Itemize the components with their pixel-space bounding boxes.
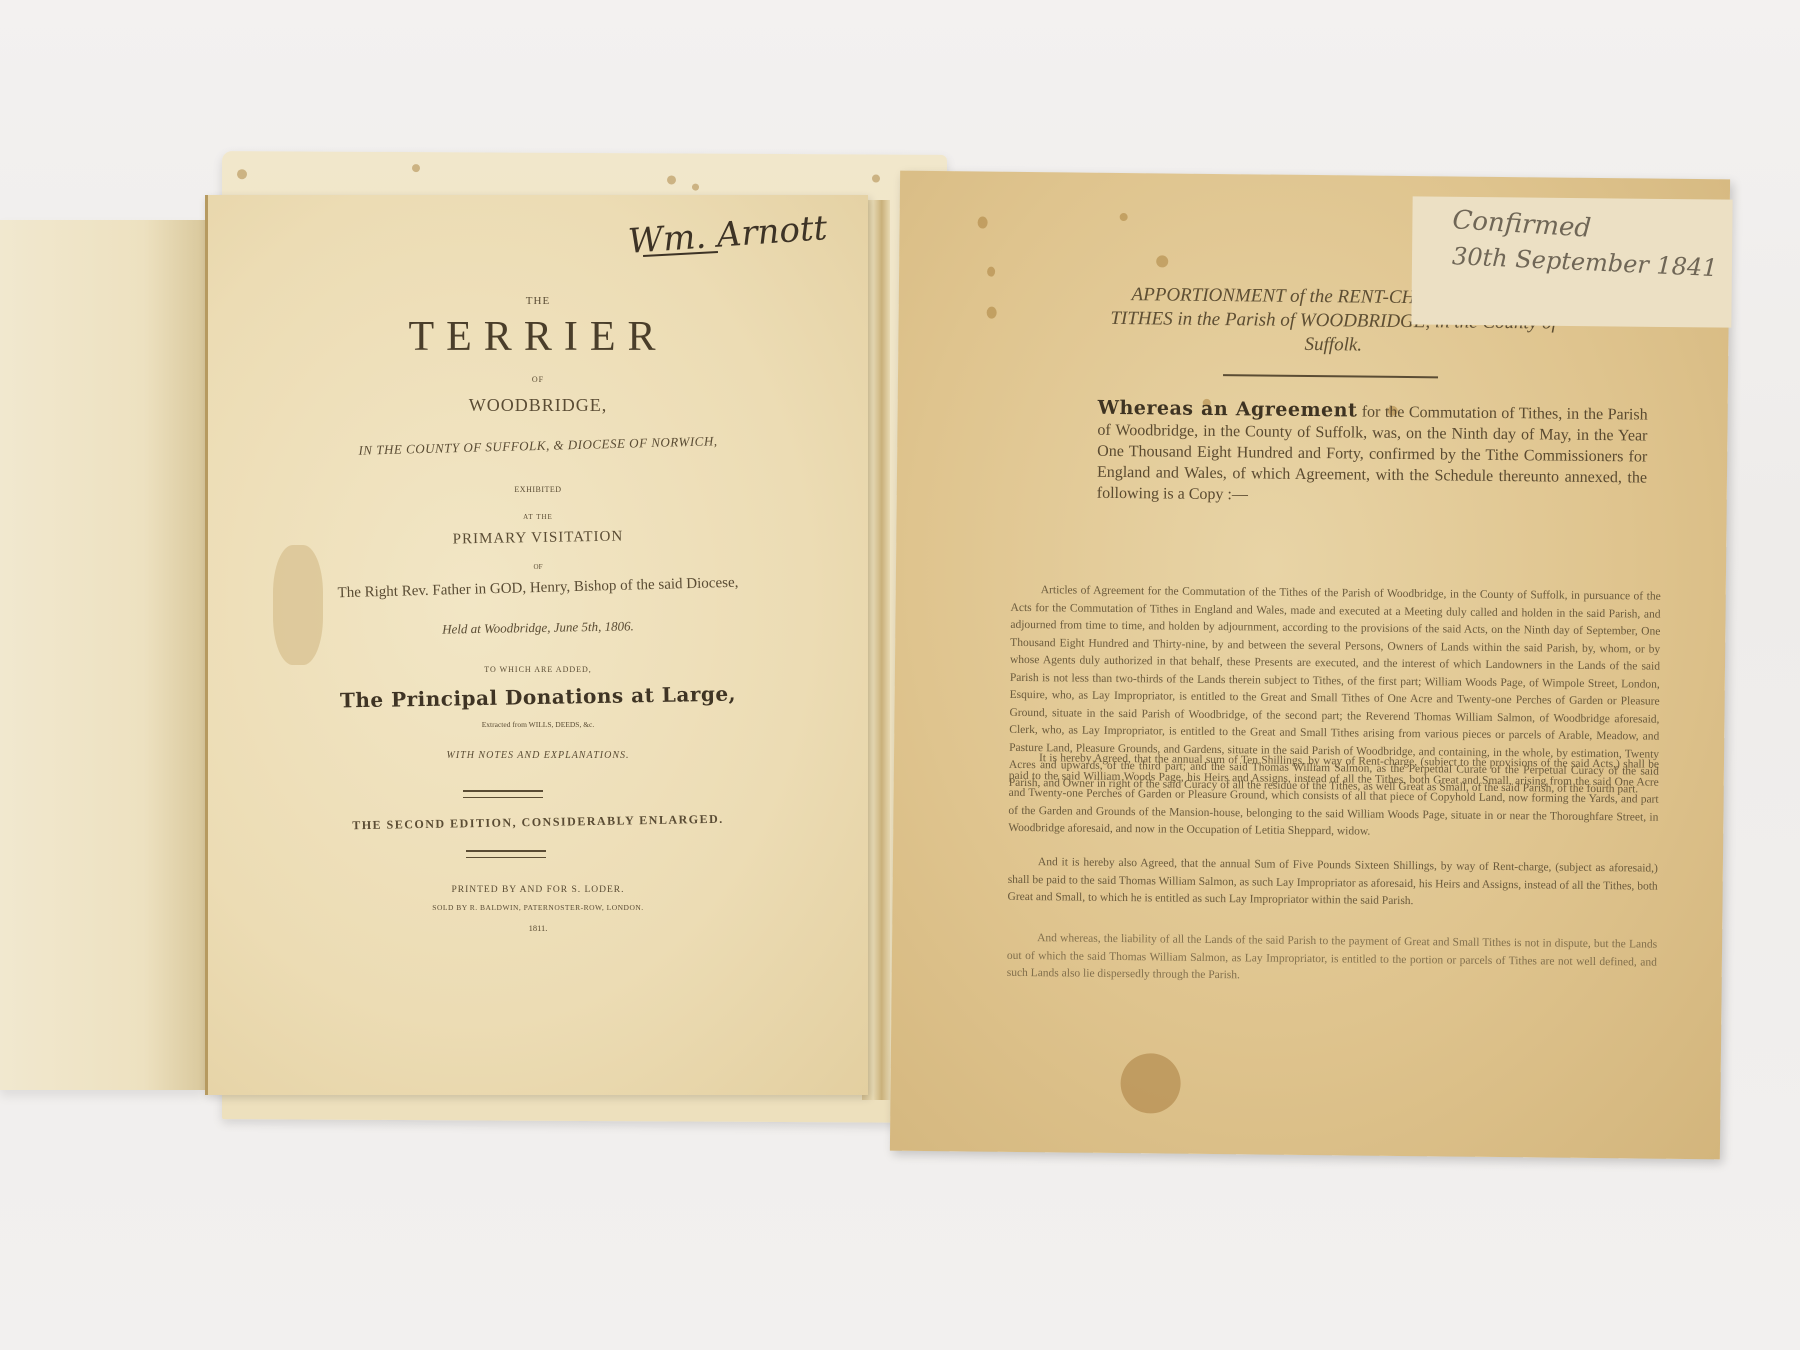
whereas-liability-paragraph: And whereas, the liability of all the La… [1007,930,1658,989]
whereas-paragraph: Whereas an Agreement for the Commutation… [1097,398,1648,510]
county-diocese-line: IN THE COUNTY OF SUFFOLK, & DIOCESE OF N… [208,429,868,462]
to-which-added: TO WHICH ARE ADDED, [208,665,868,674]
agreed-paragraph: It is hereby Agreed, that the annual sum… [1008,750,1659,844]
publication-year: 1811. [208,923,868,933]
annotation-slip: Confirmed 30th September 1841 [1411,196,1732,327]
blank-left-page [0,220,205,1090]
title-terrier: TERRIER [208,313,868,361]
notes-line: WITH NOTES AND EXPLANATIONS. [208,750,868,761]
title-place: WOODBRIDGE, [208,395,868,416]
also-agreed-paragraph: And it is hereby also Agreed, that the a… [1007,854,1658,913]
ink-blot [1120,1053,1181,1114]
printed-by: PRINTED BY AND FOR S. LODER. [208,885,868,895]
annotation-confirmed: Confirmed [1452,205,1592,244]
terrier-title-page: Wm. Arnott THE TERRIER OF WOODBRIDGE, IN… [205,195,868,1095]
title-of: OF [208,375,868,384]
water-stain [273,545,323,665]
at-the-label: AT THE [208,513,868,521]
double-rule [466,850,546,858]
title-the: THE [208,295,868,307]
sold-by: SOLD BY R. BALDWIN, PATERNOSTER-ROW, LON… [208,903,868,912]
edition-line: THE SECOND EDITION, CONSIDERABLY ENLARGE… [208,809,868,836]
annotation-date: 30th September 1841 [1452,242,1719,282]
title-rule [1223,374,1438,378]
exhibited-label: EXHIBITED [208,485,868,494]
principal-donations: The Principal Donations at Large, [208,679,868,715]
whereas-lead: Whereas an Agreement [1098,397,1358,422]
double-rule [463,790,543,798]
extracted-line: Extracted from WILLS, DEEDS, &c. [208,720,868,729]
